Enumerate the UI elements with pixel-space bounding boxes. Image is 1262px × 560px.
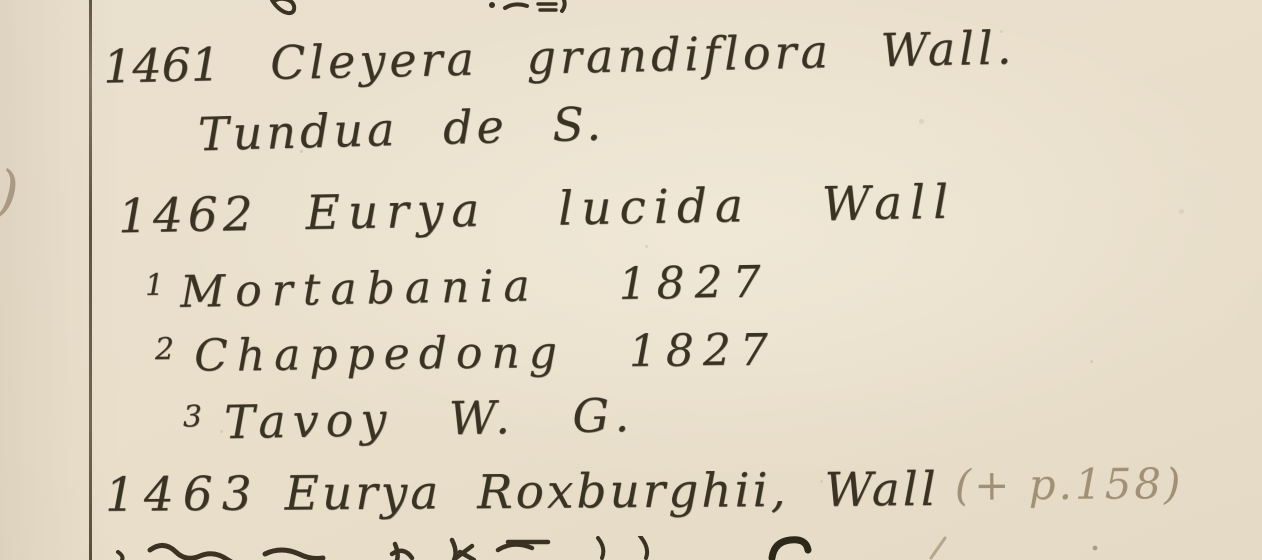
margin-rule-line	[89, 0, 92, 560]
catalog-entry-1461-locality: Tundua de S.	[197, 97, 605, 162]
catalog-entry-1463: 1463Eurya Roxburghii, Wall(+ p.158)	[105, 460, 1184, 523]
entry-number: 1462	[118, 187, 259, 244]
specimen-text: Mortabania 1827	[180, 257, 771, 318]
entry-text: Eurya lucida Wall	[305, 175, 956, 241]
specimen-number: 1	[145, 268, 165, 303]
catalog-entry-1462: 1462Eurya lucida Wall	[118, 175, 957, 245]
catalog-entry-1461: 1461Cleyera grandiflora Wall.	[103, 20, 1016, 93]
specimen-text: Chappedong 1827	[194, 325, 777, 382]
cut-off-line-fragment-bottom	[100, 536, 1200, 560]
pencil-page-annotation: (+ p.158)	[955, 459, 1184, 510]
margin-pencil-mark: )	[0, 157, 21, 226]
manuscript-page: ) 1461Cleyera grandiflora Wall. Tundua d…	[0, 0, 1262, 560]
specimen-number: 2	[155, 332, 174, 367]
entry-text: Cleyera grandiflora Wall.	[270, 20, 1016, 90]
catalog-entry-1462-specimen-2: 2Chappedong 1827	[155, 325, 777, 383]
cut-off-line-fragment-top	[250, 0, 590, 22]
paper-speckles	[300, 150, 303, 153]
entry-text: Tundua de S.	[197, 97, 605, 162]
entry-number: 1463	[105, 467, 261, 523]
entry-text: Eurya Roxburghii, Wall	[284, 462, 939, 522]
specimen-text: Tavoy W. G.	[224, 388, 637, 449]
catalog-entry-1462-specimen-1: 1Mortabania 1827	[145, 257, 771, 319]
catalog-entry-1462-specimen-3: 3Tavoy W. G.	[183, 388, 637, 450]
entry-number: 1461	[103, 37, 221, 93]
specimen-number: 3	[183, 400, 203, 435]
